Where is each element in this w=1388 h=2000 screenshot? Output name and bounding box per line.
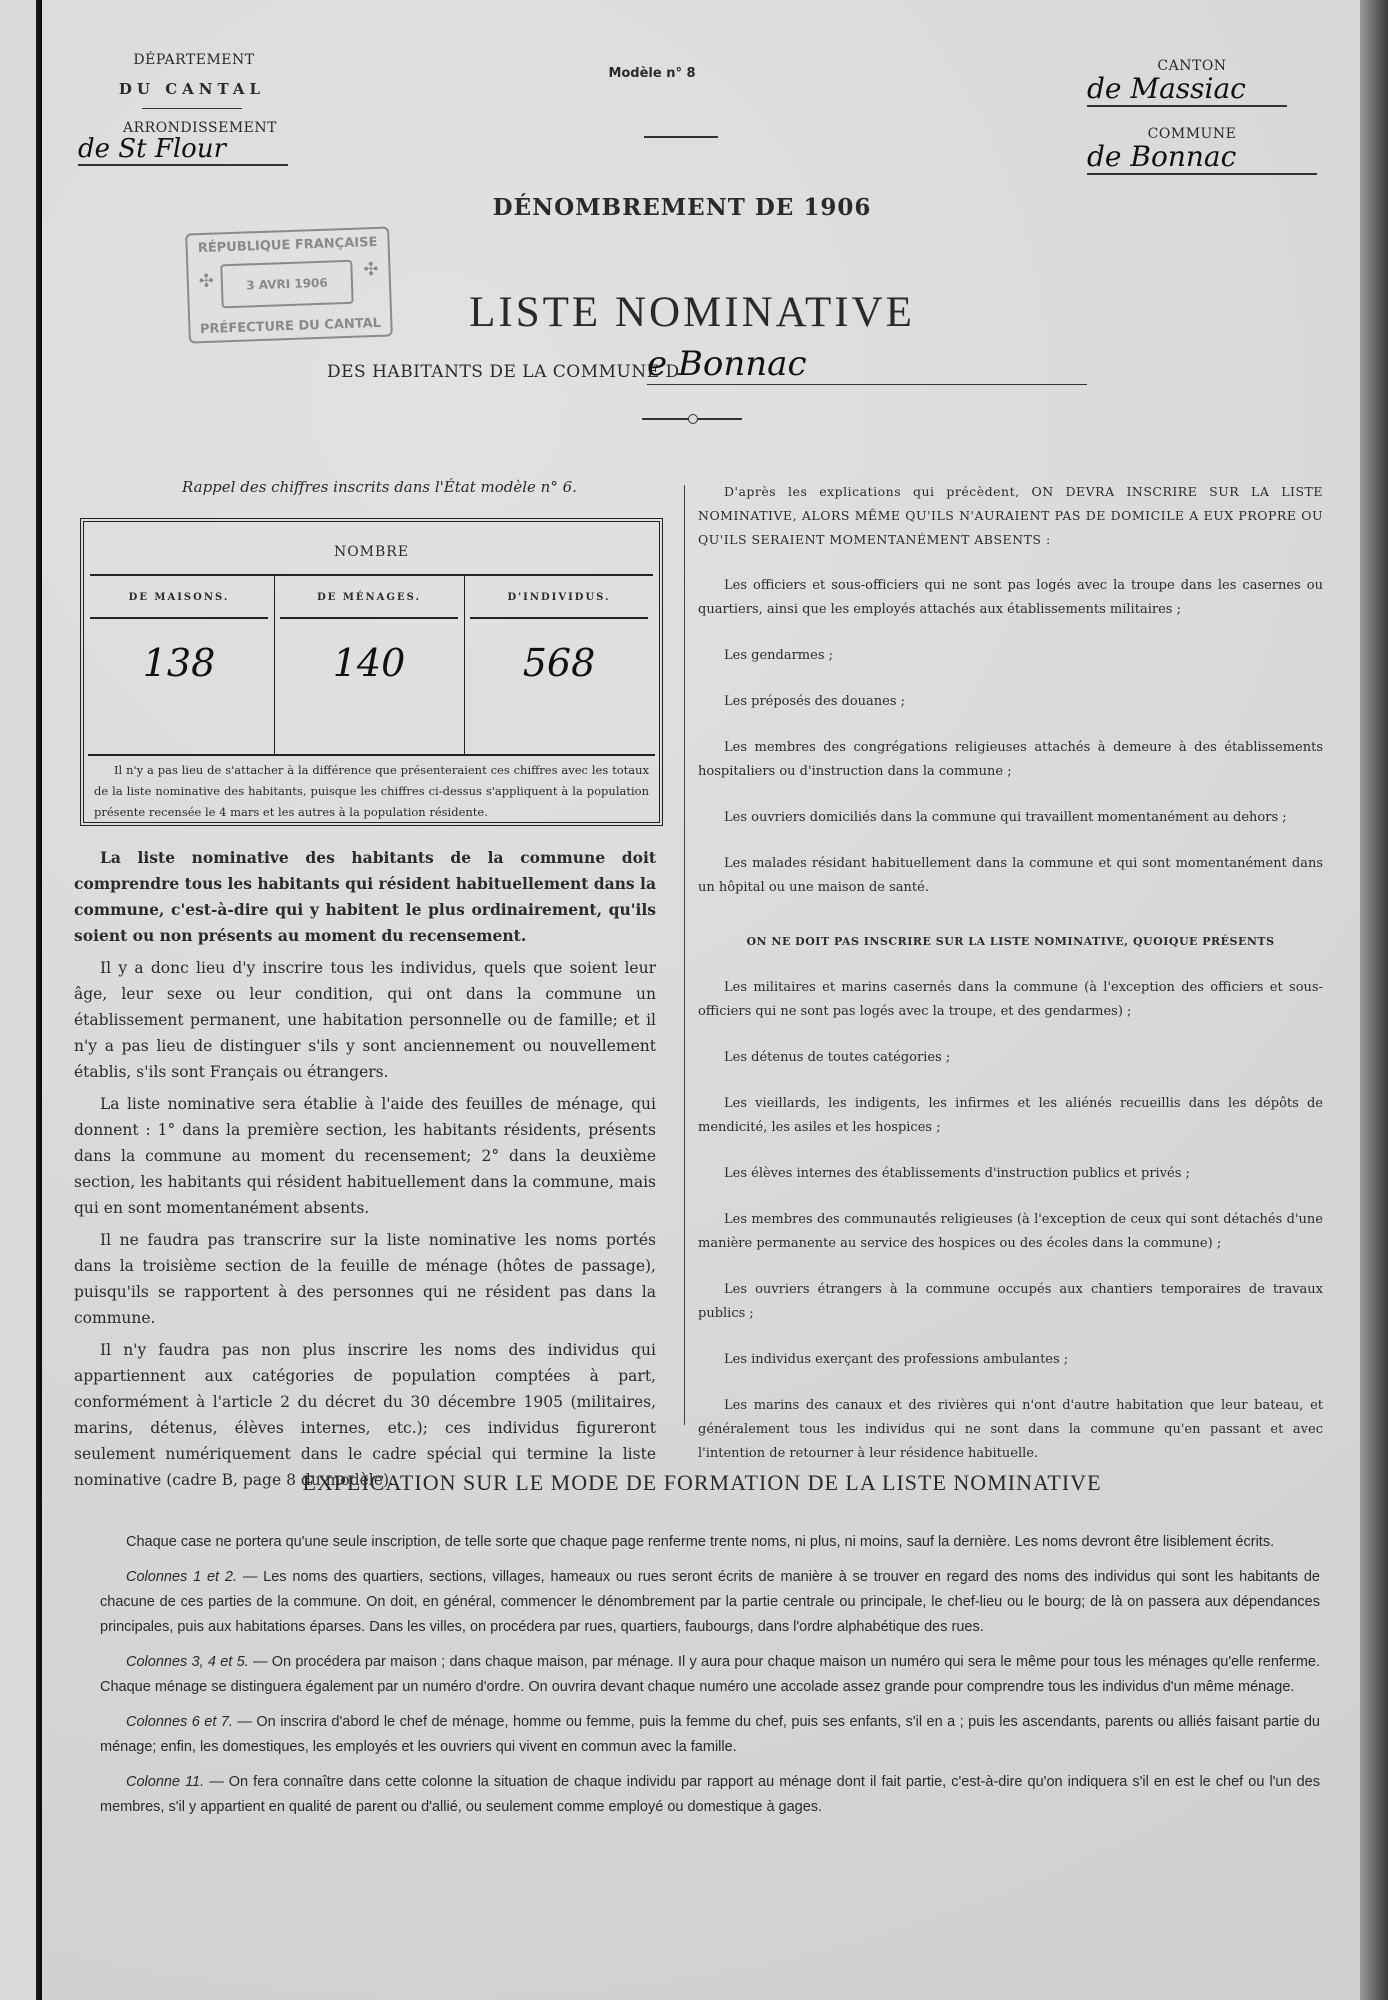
census-title: DÉNOMBREMENT DE 1906 <box>442 194 922 221</box>
commune-handwritten: de Bonnac <box>1087 140 1317 175</box>
stamp-top-text: RÉPUBLIQUE FRANÇAISE <box>187 235 387 257</box>
explication-title: EXPLICATION SUR LE MODE DE FORMATION DE … <box>102 1470 1302 1496</box>
exclude-item: Les militaires et marins casernés dans l… <box>698 976 1323 1024</box>
explication-label: Colonnes 3, 4 et 5. <box>126 1654 249 1670</box>
right-instructions: D'après les explications qui précèdent, … <box>698 480 1323 1488</box>
left-paragraph: La liste nominative des habitants de la … <box>74 845 656 949</box>
explication-text: — Les noms des quartiers, sections, vill… <box>100 1569 1320 1635</box>
include-item: Les préposés des douanes ; <box>698 690 1323 714</box>
left-paragraph: Il ne faudra pas transcrire sur la liste… <box>74 1227 656 1331</box>
explication-text: — On fera connaître dans cette colonne l… <box>100 1774 1320 1815</box>
value-menages: 140 <box>274 641 464 685</box>
include-item: Les malades résidant habituellement dans… <box>698 852 1323 900</box>
exclude-item: Les membres des communautés religieuses … <box>698 1208 1323 1256</box>
explication-label: Colonnes 6 et 7. <box>126 1714 233 1730</box>
column-rule <box>90 617 268 619</box>
column-maisons: DE MAISONS. 138 <box>84 576 275 754</box>
explication-text: — On inscrira d'abord le chef de ménage,… <box>100 1714 1320 1755</box>
column-menages: DE MÉNAGES. 140 <box>274 576 465 754</box>
exclude-item: Les individus exerçant des professions a… <box>698 1348 1323 1372</box>
column-head-maisons: DE MAISONS. <box>84 592 274 603</box>
explication-text: Chaque case ne portera qu'une seule insc… <box>126 1534 1274 1550</box>
include-item: Les membres des congrégations religieuse… <box>698 736 1323 784</box>
explication-paragraph: Colonnes 3, 4 et 5. — On procédera par m… <box>100 1650 1320 1700</box>
exclude-item: Les marins des canaux et des rivières qu… <box>698 1394 1323 1466</box>
left-instructions: La liste nominative des habitants de la … <box>74 845 656 1499</box>
explication-paragraph: Chaque case ne portera qu'une seule insc… <box>100 1530 1320 1555</box>
include-intro: D'après les explications qui précèdent, … <box>698 480 1323 552</box>
exclude-item: Les élèves internes des établissements d… <box>698 1162 1323 1186</box>
exclude-item: Les détenus de toutes catégories ; <box>698 1046 1323 1070</box>
main-title: LISTE NOMINATIVE <box>412 288 972 337</box>
departement-value: DU CANTAL <box>102 80 282 98</box>
column-rule <box>280 617 458 619</box>
include-item: Les gendarmes ; <box>698 644 1323 668</box>
exclude-item: Les vieillards, les indigents, les infir… <box>698 1092 1323 1140</box>
rappel-note: Il n'y a pas lieu de s'attacher à la dif… <box>94 760 649 823</box>
exclude-item: Les ouvriers étrangers à la commune occu… <box>698 1278 1323 1326</box>
exclude-heading: ON NE DOIT PAS INSCRIRE SUR LA LISTE NOM… <box>698 930 1323 954</box>
explication-body: Chaque case ne portera qu'une seule insc… <box>100 1530 1320 1830</box>
nombre-box: NOMBRE DE MAISONS. 138 DE MÉNAGES. 140 D… <box>80 518 663 826</box>
prefecture-stamp: RÉPUBLIQUE FRANÇAISE ✣ 3 AVRI 1906 ✣ PRÉ… <box>185 226 393 343</box>
center-rule <box>644 136 718 138</box>
stamp-cross-right-icon: ✣ <box>363 259 379 281</box>
explication-label: Colonnes 1 et 2. <box>126 1569 237 1585</box>
ornament-dot-icon <box>688 414 698 424</box>
stamp-cross-left-icon: ✣ <box>198 271 214 293</box>
value-individus: 568 <box>464 641 654 685</box>
departement-label: DÉPARTEMENT <box>114 52 274 68</box>
subtitle: DES HABITANTS DE LA COMMUNE D <box>327 362 680 382</box>
explication-paragraph: Colonne 11. — On fera connaître dans cet… <box>100 1770 1320 1820</box>
left-page-edge <box>0 0 39 2000</box>
include-item: Les officiers et sous-officiers qui ne s… <box>698 574 1323 622</box>
explication-paragraph: Colonnes 1 et 2. — Les noms des quartier… <box>100 1565 1320 1640</box>
right-page-edge <box>1360 0 1388 2000</box>
include-item: Les ouvriers domiciliés dans la commune … <box>698 806 1323 830</box>
rappel-caption: Rappel des chiffres inscrits dans l'État… <box>182 478 602 496</box>
explication-paragraph: Colonnes 6 et 7. — On inscrira d'abord l… <box>100 1710 1320 1760</box>
note-rule <box>88 754 655 756</box>
left-paragraph: La liste nominative sera établie à l'aid… <box>74 1091 656 1221</box>
value-maisons: 138 <box>84 641 274 685</box>
arrondissement-handwritten: de St Flour <box>78 134 288 166</box>
column-head-individus: D'INDIVIDUS. <box>464 592 654 603</box>
subtitle-prefix: DES HABITANTS DE LA COMMUNE D <box>327 362 680 382</box>
canton-handwritten: de Massiac <box>1087 72 1287 107</box>
left-paragraph: Il y a donc lieu d'y inscrire tous les i… <box>74 955 656 1085</box>
header-rule <box>142 108 242 109</box>
model-number: Modèle n° 8 <box>582 66 722 81</box>
column-head-menages: DE MÉNAGES. <box>274 592 464 603</box>
stamp-date: 3 AVRI 1906 <box>220 260 353 309</box>
nombre-title: NOMBRE <box>84 544 659 560</box>
column-individus: D'INDIVIDUS. 568 <box>464 576 654 754</box>
column-divider <box>684 485 685 1425</box>
explication-label: Colonne 11. <box>126 1774 204 1790</box>
commune-name-handwritten: e Bonnac <box>647 344 1087 385</box>
explication-text: — On procédera par maison ; dans chaque … <box>100 1654 1320 1695</box>
document-page: DÉPARTEMENT DU CANTAL ARRONDISSEMENT de … <box>42 0 1360 2000</box>
column-rule <box>470 617 648 619</box>
stamp-bottom-text: PRÉFECTURE DU CANTAL <box>196 316 384 338</box>
